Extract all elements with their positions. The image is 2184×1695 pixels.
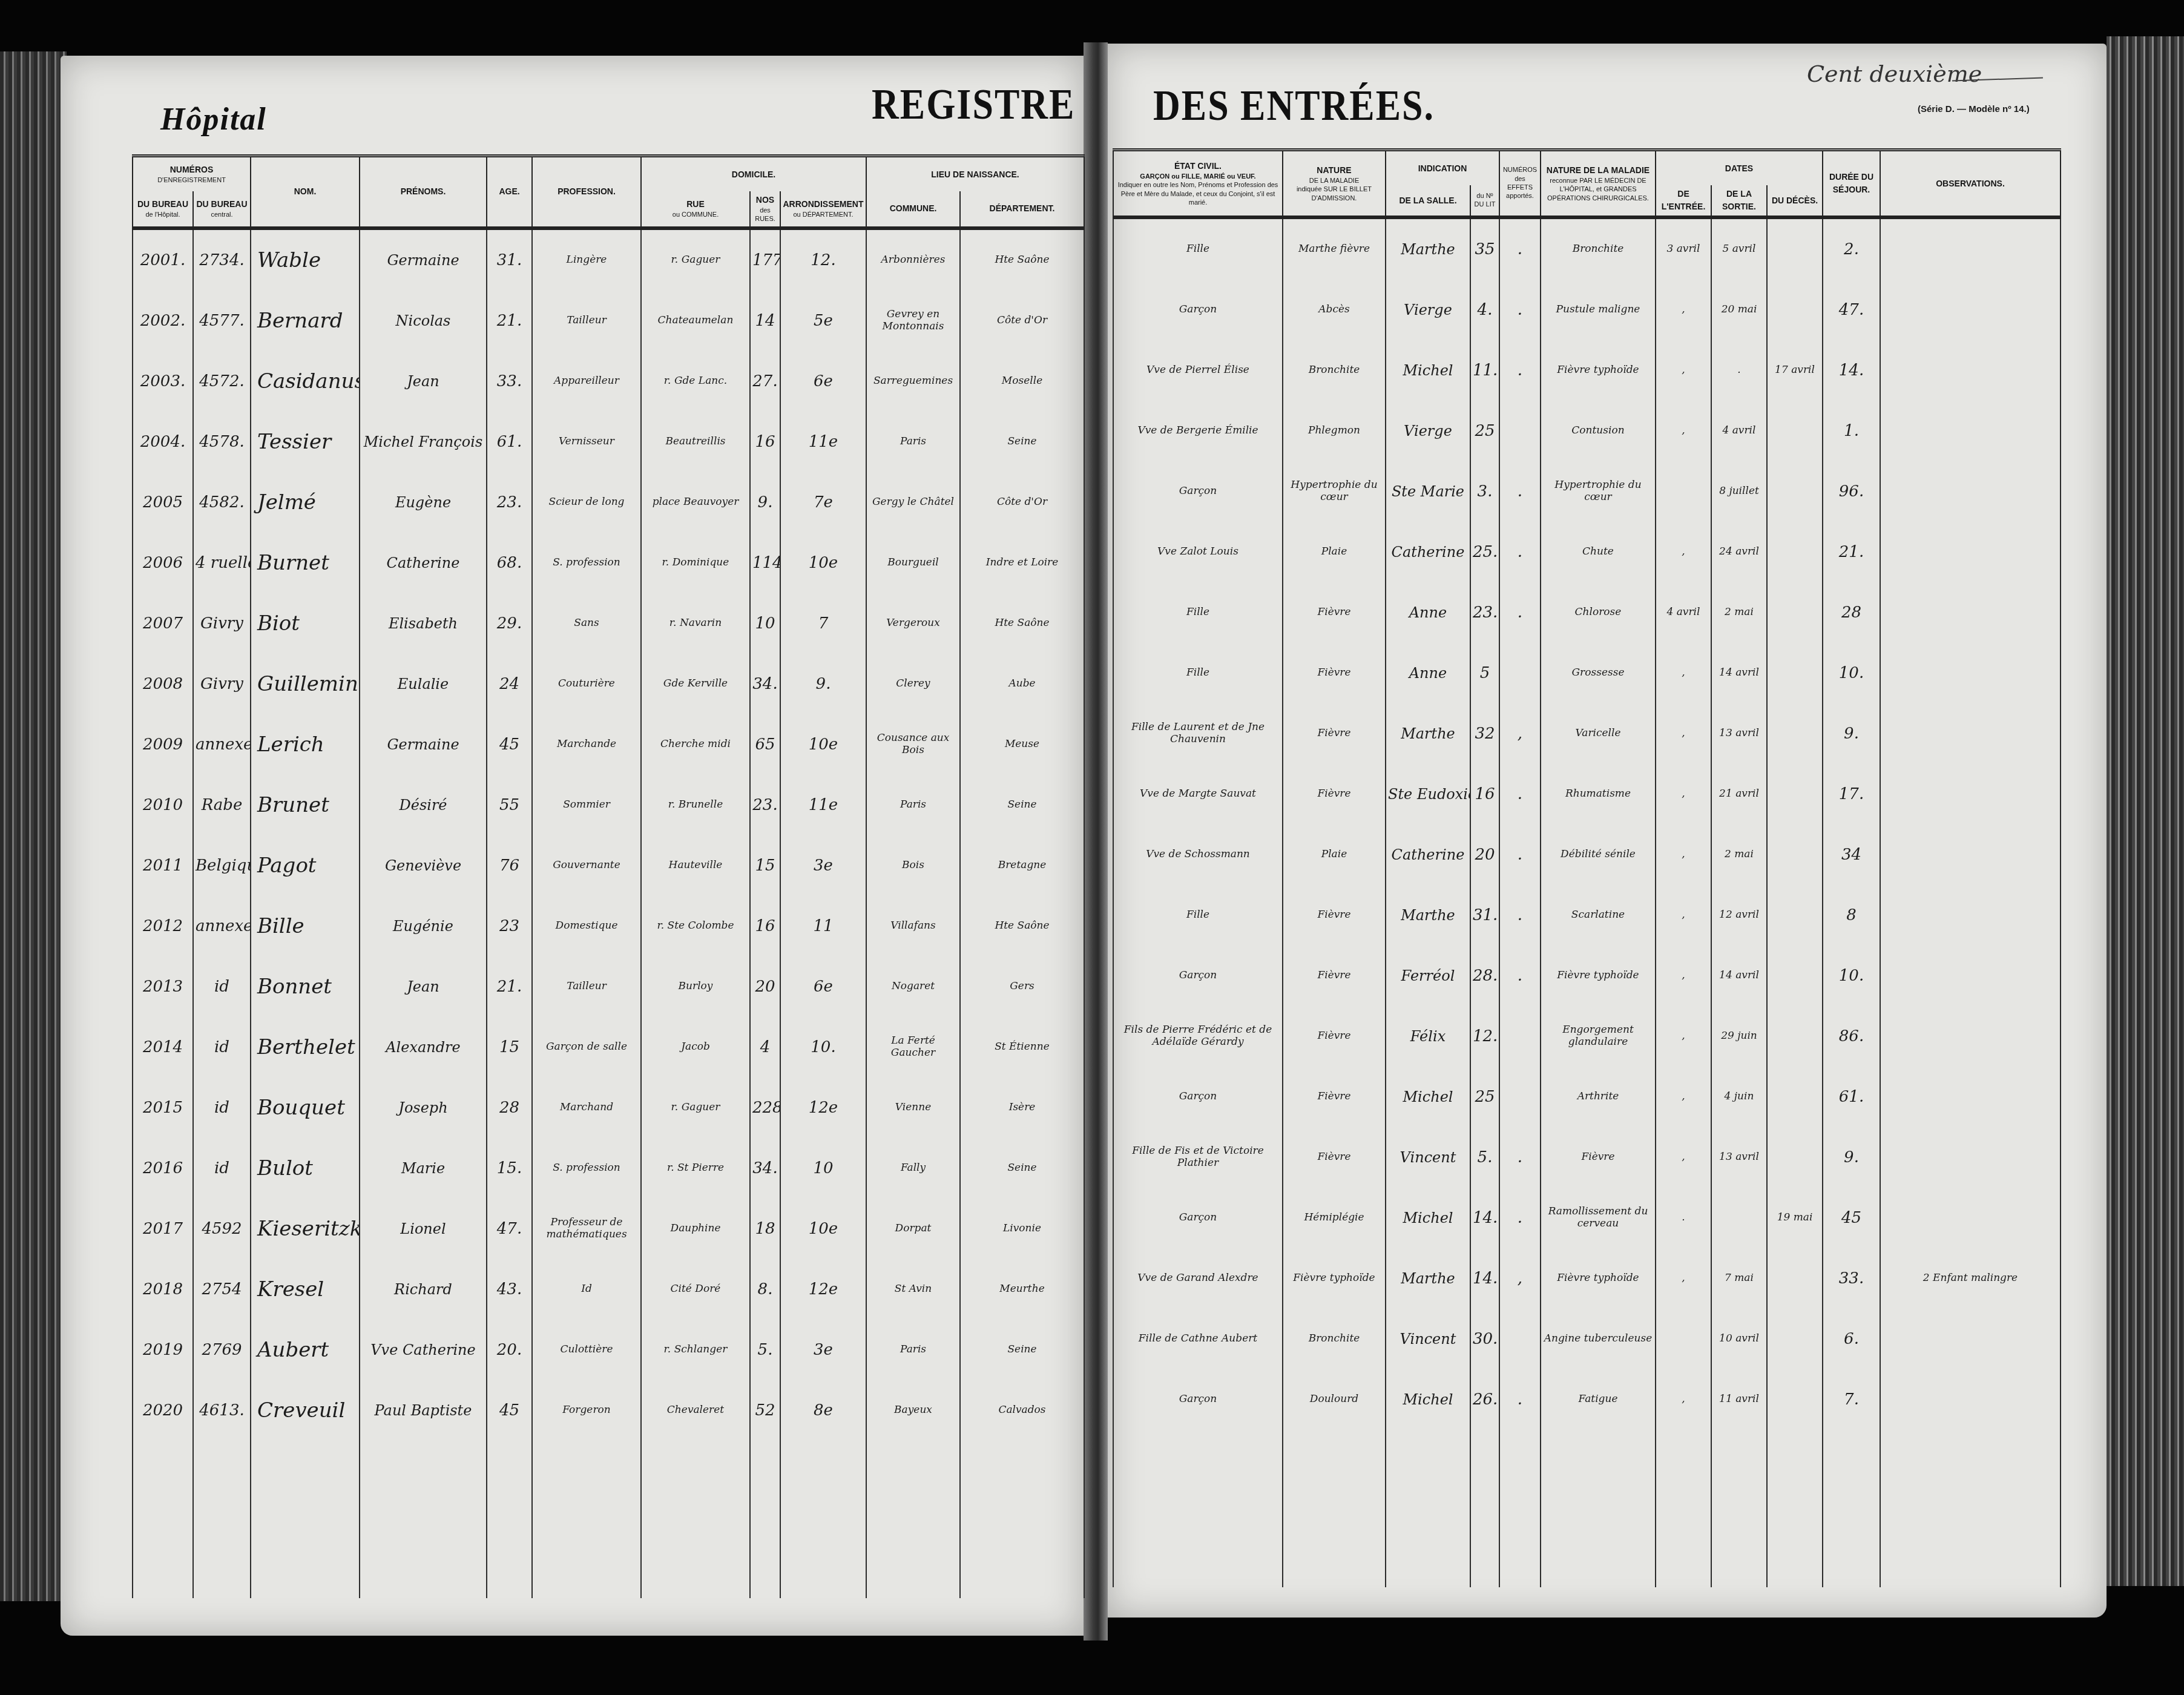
cell-effets: . [1499, 946, 1541, 1006]
cell-nature-reconnue: Bronchite [1541, 217, 1656, 280]
cell-age: 15. [487, 1138, 532, 1199]
cell-lit: 26. [1470, 1369, 1499, 1430]
cell-commune-naissance: Bayeux [866, 1380, 960, 1441]
cell-arrondissement: 11e [780, 775, 866, 835]
cell-no-hopital: 2003. [133, 351, 193, 412]
cell-age: 15 [487, 1017, 532, 1078]
cell-commune-naissance: Fally [866, 1138, 960, 1199]
cell-nom: Creveuil [251, 1380, 360, 1441]
cell-effets: , [1499, 1248, 1541, 1309]
cell-salle: Ste Marie [1386, 461, 1470, 522]
cell-departement-naissance: Seine [960, 1138, 1084, 1199]
cell-departement-naissance: Hte Saône [960, 228, 1084, 291]
cell-duree: 61. [1823, 1067, 1880, 1127]
cell-profession: Domestique [532, 896, 641, 956]
cell-observations [1880, 1067, 2061, 1127]
cell-departement-naissance: Gers [960, 956, 1084, 1017]
cell-lit: 14. [1470, 1248, 1499, 1309]
header-salle: de LA SALLE. [1386, 185, 1470, 217]
cell-no-rue: 15 [750, 835, 780, 896]
cell-commune-naissance: Gergy le Châtel [866, 472, 960, 533]
cell-salle: Michel [1386, 340, 1470, 401]
page-number-annotation: Cent deuxième [1807, 61, 1982, 87]
cell-lit: 16 [1470, 764, 1499, 824]
cell-prenoms: Michel François [360, 412, 487, 472]
cell-no-hopital: 2013 [133, 956, 193, 1017]
cell-commune-naissance: Bourgueil [866, 533, 960, 593]
left-table-row: 2008GivryGuilleminEulalie24CouturièreGde… [133, 654, 1084, 714]
cell-age: 31. [487, 228, 532, 291]
cell-nom: Brunet [251, 775, 360, 835]
cell-duree: 47. [1823, 280, 1880, 340]
cell-departement-naissance: Meuse [960, 714, 1084, 775]
cell-observations [1880, 401, 2061, 461]
cell-no-central: 4613. [193, 1380, 251, 1441]
cell-age: 23 [487, 896, 532, 956]
header-entree: de L'ENTRÉE. [1656, 185, 1711, 217]
cell-effets: . [1499, 340, 1541, 401]
cell-nom: Lerich [251, 714, 360, 775]
right-table-row: Fille de Laurent et de Jne ChauveninFièv… [1113, 703, 2061, 764]
left-table-row: 20174592KieseritzkiLionel47.Professeur d… [133, 1199, 1084, 1259]
header-effets: NUMÉROS des EFFETS apportés. [1499, 150, 1541, 218]
cell-age: 43. [487, 1259, 532, 1320]
cell-arrondissement: 12. [780, 228, 866, 291]
cell-sortie: 10 avril [1711, 1309, 1767, 1369]
cell-arrondissement: 6e [780, 351, 866, 412]
cell-nature-reconnue: Engorgement glandulaire [1541, 1006, 1656, 1067]
header-indication: INDICATION [1386, 150, 1499, 186]
cell-arrondissement: 7 [780, 593, 866, 654]
cell-salle: Marthe [1386, 1248, 1470, 1309]
cell-no-central: annexe [193, 714, 251, 775]
cell-entree: , [1656, 1369, 1711, 1430]
cell-nature-billet: Fièvre [1283, 1067, 1386, 1127]
header-age: AGE. [487, 156, 532, 228]
cell-rue: Hauteville [641, 835, 750, 896]
cell-entree: , [1656, 1127, 1711, 1188]
cell-duree: 9. [1823, 703, 1880, 764]
cell-nature-reconnue: Arthrite [1541, 1067, 1656, 1127]
left-register-table: NUMÉROS D'ENREGISTREMENT NOM. PRÉNOMS. A… [132, 154, 1085, 1598]
cell-age: 61. [487, 412, 532, 472]
cell-deces [1767, 1006, 1823, 1067]
cell-arrondissement: 5e [780, 291, 866, 351]
cell-deces [1767, 885, 1823, 946]
cell-no-central: 4 ruelle [193, 533, 251, 593]
cell-lit: 31. [1470, 885, 1499, 946]
cell-arrondissement: 8e [780, 1380, 866, 1441]
cell-prenoms: Désiré [360, 775, 487, 835]
cell-etat-civil: Fille [1113, 885, 1283, 946]
cell-nature-billet: Phlegmon [1283, 401, 1386, 461]
cell-commune-naissance: Vienne [866, 1078, 960, 1138]
cell-nature-billet: Fièvre [1283, 703, 1386, 764]
cell-duree: 2. [1823, 217, 1880, 280]
cell-salle: Félix [1386, 1006, 1470, 1067]
cell-sortie [1711, 1188, 1767, 1248]
cell-no-rue: 27. [750, 351, 780, 412]
left-table-row: 2010RabeBrunetDésiré55Sommierr. Brunelle… [133, 775, 1084, 835]
cell-sortie: 13 avril [1711, 703, 1767, 764]
cell-nature-reconnue: Contusion [1541, 401, 1656, 461]
cell-prenoms: Vve Catherine [360, 1320, 487, 1380]
header-deces: du DÉCÈS. [1767, 185, 1823, 217]
cell-entree: , [1656, 946, 1711, 1006]
right-table-blank-space [1113, 1430, 2061, 1587]
cell-rue: r. Dominique [641, 533, 750, 593]
cell-observations [1880, 217, 2061, 280]
cell-lit: 35 [1470, 217, 1499, 280]
cell-entree: , [1656, 643, 1711, 703]
cell-no-rue: 177. [750, 228, 780, 291]
cell-arrondissement: 7e [780, 472, 866, 533]
cell-arrondissement: 3e [780, 835, 866, 896]
left-table-row: 20054582.JelméEugène23.Scieur de longpla… [133, 472, 1084, 533]
cell-prenoms: Germaine [360, 714, 487, 775]
header-dates: DATES [1656, 150, 1823, 186]
cell-observations [1880, 643, 2061, 703]
right-table-row: Fille de Fis et de Victoire PlathierFièv… [1113, 1127, 2061, 1188]
cell-sortie: 21 avril [1711, 764, 1767, 824]
cell-departement-naissance: Côte d'Or [960, 291, 1084, 351]
cell-etat-civil: Vve de Pierrel Élise [1113, 340, 1283, 401]
header-etat-civil: ÉTAT CIVIL. GARÇON ou FILLE, MARIÉ ou VE… [1113, 150, 1283, 218]
cell-arrondissement: 11e [780, 412, 866, 472]
cell-departement-naissance: Seine [960, 775, 1084, 835]
cell-profession: Forgeron [532, 1380, 641, 1441]
cell-salle: Marthe [1386, 217, 1470, 280]
cell-deces [1767, 1248, 1823, 1309]
cell-lit: 20 [1470, 824, 1499, 885]
cell-no-hopital: 2017 [133, 1199, 193, 1259]
cell-no-rue: 10 [750, 593, 780, 654]
cell-duree: 21. [1823, 522, 1880, 582]
cell-lit: 25. [1470, 522, 1499, 582]
cell-nom: Guillemin [251, 654, 360, 714]
cell-nature-billet: Plaie [1283, 522, 1386, 582]
cell-age: 28 [487, 1078, 532, 1138]
cell-no-hopital: 2007 [133, 593, 193, 654]
cell-departement-naissance: Hte Saône [960, 896, 1084, 956]
cell-deces [1767, 1127, 1823, 1188]
cell-profession: Professeur de mathématiques [532, 1199, 641, 1259]
cell-prenoms: Nicolas [360, 291, 487, 351]
cell-no-central: id [193, 1017, 251, 1078]
cell-no-central: 2734. [193, 228, 251, 291]
cell-effets: . [1499, 217, 1541, 280]
cell-nature-reconnue: Fièvre typhoïde [1541, 1248, 1656, 1309]
cell-etat-civil: Garçon [1113, 461, 1283, 522]
cell-commune-naissance: Arbonnières [866, 228, 960, 291]
cell-deces [1767, 1369, 1823, 1430]
cell-nature-billet: Fièvre typhoïde [1283, 1248, 1386, 1309]
cell-entree: , [1656, 1067, 1711, 1127]
cell-rue: Jacob [641, 1017, 750, 1078]
left-table-row: 2015idBouquetJoseph28Marchandr. Gaguer22… [133, 1078, 1084, 1138]
cell-effets [1499, 401, 1541, 461]
cell-no-rue: 9. [750, 472, 780, 533]
cell-nature-billet: Abcès [1283, 280, 1386, 340]
cell-nom: Bille [251, 896, 360, 956]
right-table-row: Vve de Bergerie ÉmiliePhlegmonVierge25Co… [1113, 401, 2061, 461]
cell-no-central: 2769 [193, 1320, 251, 1380]
cell-entree: , [1656, 703, 1711, 764]
cell-no-hopital: 2016 [133, 1138, 193, 1199]
cell-age: 45 [487, 714, 532, 775]
cell-duree: 1. [1823, 401, 1880, 461]
header-numeros: NUMÉROS D'ENREGISTREMENT [133, 156, 251, 192]
cell-arrondissement: 10 [780, 1138, 866, 1199]
cell-entree: 4 avril [1656, 582, 1711, 643]
cell-salle: Marthe [1386, 703, 1470, 764]
cell-observations [1880, 764, 2061, 824]
cell-entree: , [1656, 764, 1711, 824]
cell-profession: Tailleur [532, 956, 641, 1017]
right-table-row: FilleFièvreMarthe31..Scarlatine,12 avril… [1113, 885, 2061, 946]
cell-departement-naissance: Aube [960, 654, 1084, 714]
cell-nom: Burnet [251, 533, 360, 593]
cell-nature-billet: Bronchite [1283, 340, 1386, 401]
cell-sortie: 11 avril [1711, 1369, 1767, 1430]
cell-age: 21. [487, 291, 532, 351]
header-arrondissement: ARRONDISSEMENTou DÉPARTEMENT. [780, 191, 866, 228]
cell-age: 21. [487, 956, 532, 1017]
cell-sortie: . [1711, 340, 1767, 401]
cell-duree: 10. [1823, 643, 1880, 703]
cell-nature-reconnue: Chlorose [1541, 582, 1656, 643]
header-nos-rues: Nosdes RUES. [750, 191, 780, 228]
cell-sortie: 13 avril [1711, 1127, 1767, 1188]
cell-rue: Dauphine [641, 1199, 750, 1259]
cell-nom: Biot [251, 593, 360, 654]
cell-no-hopital: 2006 [133, 533, 193, 593]
cell-age: 47. [487, 1199, 532, 1259]
cell-age: 76 [487, 835, 532, 896]
cell-nature-billet: Fièvre [1283, 764, 1386, 824]
right-table-row: FilleFièvreAnne23..Chlorose4 avril2 mai2… [1113, 582, 2061, 643]
right-table-row: Vve de SchossmannPlaieCatherine20.Débili… [1113, 824, 2061, 885]
cell-profession: Scieur de long [532, 472, 641, 533]
cell-etat-civil: Vve Zalot Louis [1113, 522, 1283, 582]
cell-arrondissement: 12e [780, 1078, 866, 1138]
cell-lit: 23. [1470, 582, 1499, 643]
cell-deces [1767, 764, 1823, 824]
left-table-blank-space [133, 1441, 1084, 1598]
cell-rue: Burloy [641, 956, 750, 1017]
cell-duree: 28 [1823, 582, 1880, 643]
cell-departement-naissance: Côte d'Or [960, 472, 1084, 533]
cell-observations [1880, 461, 2061, 522]
cell-nature-reconnue: Grossesse [1541, 643, 1656, 703]
cell-departement-naissance: Moselle [960, 351, 1084, 412]
right-table-row: GarçonFièvreMichel25Arthrite,4 juin61. [1113, 1067, 2061, 1127]
right-table-row: Vve de Garand AlexdreFièvre typhoïdeMart… [1113, 1248, 2061, 1309]
cell-commune-naissance: Clerey [866, 654, 960, 714]
cell-etat-civil: Fille de Laurent et de Jne Chauvenin [1113, 703, 1283, 764]
cell-profession: Culottière [532, 1320, 641, 1380]
cell-no-rue: 14 [750, 291, 780, 351]
cell-rue: r. Brunelle [641, 775, 750, 835]
cell-profession: Id [532, 1259, 641, 1320]
cell-entree: 3 avril [1656, 217, 1711, 280]
cell-sortie: 20 mai [1711, 280, 1767, 340]
cell-nature-reconnue: Débilité sénile [1541, 824, 1656, 885]
cell-no-rue: 114. [750, 533, 780, 593]
cell-no-hopital: 2002. [133, 291, 193, 351]
cell-no-central: 4578. [193, 412, 251, 472]
left-table-row: 2013idBonnetJean21.TailleurBurloy206eNog… [133, 956, 1084, 1017]
cell-observations [1880, 1006, 2061, 1067]
cell-commune-naissance: Gevrey en Montonnais [866, 291, 960, 351]
cell-effets: . [1499, 582, 1541, 643]
cell-departement-naissance: Seine [960, 1320, 1084, 1380]
cell-etat-civil: Fille de Cathne Aubert [1113, 1309, 1283, 1369]
cell-no-central: 4592 [193, 1199, 251, 1259]
right-table-row: Fils de Pierre Frédéric et de Adélaïde G… [1113, 1006, 2061, 1067]
cell-deces [1767, 461, 1823, 522]
cell-rue: Cherche midi [641, 714, 750, 775]
right-table-row: GarçonHypertrophie du cœurSte Marie3..Hy… [1113, 461, 2061, 522]
cell-age: 29. [487, 593, 532, 654]
cell-nature-billet: Plaie [1283, 824, 1386, 885]
cell-salle: Michel [1386, 1067, 1470, 1127]
cell-deces [1767, 824, 1823, 885]
cell-arrondissement: 10e [780, 714, 866, 775]
cell-effets [1499, 643, 1541, 703]
cell-duree: 86. [1823, 1006, 1880, 1067]
cell-sortie: 4 avril [1711, 401, 1767, 461]
cell-arrondissement: 3e [780, 1320, 866, 1380]
cell-entree: , [1656, 522, 1711, 582]
cell-deces [1767, 401, 1823, 461]
cell-no-hopital: 2005 [133, 472, 193, 533]
cell-nature-reconnue: Scarlatine [1541, 885, 1656, 946]
cell-salle: Vierge [1386, 401, 1470, 461]
right-register-table: ÉTAT CIVIL. GARÇON ou FILLE, MARIÉ ou VE… [1113, 148, 2061, 1587]
cell-etat-civil: Fille [1113, 643, 1283, 703]
cell-observations [1880, 1309, 2061, 1369]
cell-effets: . [1499, 522, 1541, 582]
cell-age: 45 [487, 1380, 532, 1441]
cell-entree: , [1656, 824, 1711, 885]
cell-nature-billet: Fièvre [1283, 1127, 1386, 1188]
cell-arrondissement: 12e [780, 1259, 866, 1320]
cell-etat-civil: Fils de Pierre Frédéric et de Adélaïde G… [1113, 1006, 1283, 1067]
cell-nature-billet: Fièvre [1283, 1006, 1386, 1067]
cell-commune-naissance: La Ferté Gaucher [866, 1017, 960, 1078]
left-table-row: 2007GivryBiotElisabeth29.Sansr. Navarin1… [133, 593, 1084, 654]
cell-sortie: 14 avril [1711, 946, 1767, 1006]
cell-deces [1767, 280, 1823, 340]
cell-salle: Vincent [1386, 1127, 1470, 1188]
cell-commune-naissance: Sarreguemines [866, 351, 960, 412]
cell-deces [1767, 643, 1823, 703]
cell-duree: 33. [1823, 1248, 1880, 1309]
cell-commune-naissance: Paris [866, 775, 960, 835]
cell-nom: Bulot [251, 1138, 360, 1199]
cell-etat-civil: Fille de Fis et de Victoire Plathier [1113, 1127, 1283, 1188]
cell-profession: Sans [532, 593, 641, 654]
cell-no-central: id [193, 1138, 251, 1199]
cell-no-hopital: 2014 [133, 1017, 193, 1078]
cell-no-central: 4582. [193, 472, 251, 533]
cell-duree: 8 [1823, 885, 1880, 946]
cell-observations [1880, 1369, 2061, 1430]
cell-observations: 2 Enfant malingre [1880, 1248, 2061, 1309]
right-table-row: Vve de Margte SauvatFièvreSte Eudoxie16.… [1113, 764, 2061, 824]
cell-deces [1767, 1067, 1823, 1127]
cell-commune-naissance: Vergeroux [866, 593, 960, 654]
cell-prenoms: Jean [360, 351, 487, 412]
right-table-row: GarçonHémiplégieMichel14..Ramollissement… [1113, 1188, 2061, 1248]
cell-sortie: 29 juin [1711, 1006, 1767, 1067]
cell-commune-naissance: Nogaret [866, 956, 960, 1017]
cell-no-rue: 34. [750, 1138, 780, 1199]
cell-no-hopital: 2001. [133, 228, 193, 291]
left-table-row: 20182754KreselRichard43.IdCité Doré8.12e… [133, 1259, 1084, 1320]
cell-etat-civil: Vve de Bergerie Émilie [1113, 401, 1283, 461]
cell-observations [1880, 1127, 2061, 1188]
cell-nature-reconnue: Varicelle [1541, 703, 1656, 764]
cell-nom: Casidanus [251, 351, 360, 412]
cell-no-central: annexe [193, 896, 251, 956]
cell-deces: 17 avril [1767, 340, 1823, 401]
cell-nature-reconnue: Rhumatisme [1541, 764, 1656, 824]
cell-profession: S. profession [532, 533, 641, 593]
cell-no-central: id [193, 1078, 251, 1138]
cell-deces [1767, 217, 1823, 280]
cell-nom: Bouquet [251, 1078, 360, 1138]
cell-no-rue: 16 [750, 412, 780, 472]
cell-no-central: Givry [193, 593, 251, 654]
cell-nature-reconnue: Pustule maligne [1541, 280, 1656, 340]
cell-departement-naissance: Indre et Loire [960, 533, 1084, 593]
cell-sortie: 8 juillet [1711, 461, 1767, 522]
cell-nature-reconnue: Fatigue [1541, 1369, 1656, 1430]
left-page-stack [0, 51, 67, 1601]
cell-lit: 4. [1470, 280, 1499, 340]
cell-no-rue: 16 [750, 896, 780, 956]
cell-prenoms: Paul Baptiste [360, 1380, 487, 1441]
cell-rue: r. Navarin [641, 593, 750, 654]
cell-nature-reconnue: Fièvre typhoïde [1541, 340, 1656, 401]
cell-arrondissement: 10e [780, 533, 866, 593]
cell-arrondissement: 11 [780, 896, 866, 956]
cell-nature-reconnue: Angine tuberculeuse [1541, 1309, 1656, 1369]
cell-effets: . [1499, 1127, 1541, 1188]
left-table-row: 2011BelgiquePagotGeneviève76GouvernanteH… [133, 835, 1084, 896]
cell-etat-civil: Vve de Margte Sauvat [1113, 764, 1283, 824]
cell-commune-naissance: Paris [866, 412, 960, 472]
cell-nom: Aubert [251, 1320, 360, 1380]
cell-profession: S. profession [532, 1138, 641, 1199]
cell-departement-naissance: Bretagne [960, 835, 1084, 896]
cell-effets [1499, 1067, 1541, 1127]
header-sortie: de LA SORTIE. [1711, 185, 1767, 217]
cell-commune-naissance: Cousance aux Bois [866, 714, 960, 775]
cell-etat-civil: Vve de Schossmann [1113, 824, 1283, 885]
cell-nom: Wable [251, 228, 360, 291]
series-model-label: (Série D. — Modèle nº 14.) [1918, 104, 2030, 114]
cell-no-rue: 228 [750, 1078, 780, 1138]
cell-nom: Kresel [251, 1259, 360, 1320]
cell-nature-billet: Bronchite [1283, 1309, 1386, 1369]
cell-no-hopital: 2009 [133, 714, 193, 775]
cell-no-rue: 65 [750, 714, 780, 775]
cell-sortie: 4 juin [1711, 1067, 1767, 1127]
cell-entree [1656, 1309, 1711, 1369]
